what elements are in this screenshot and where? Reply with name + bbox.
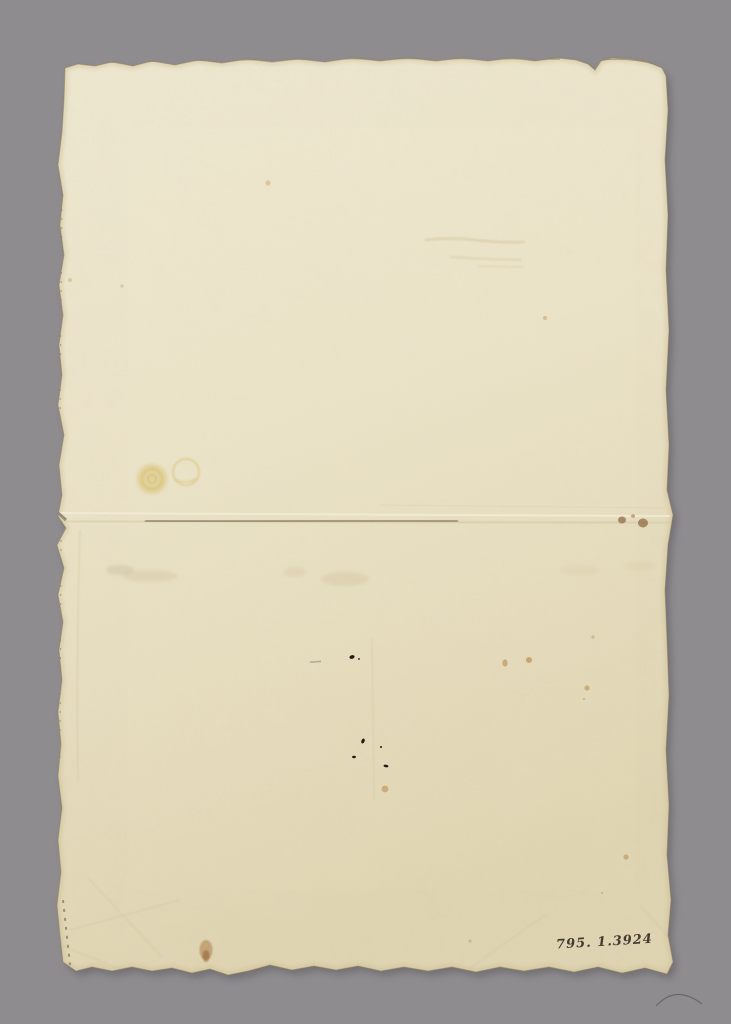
document-photo xyxy=(0,0,731,1024)
photo-backdrop: 795. 1.3924 xyxy=(0,0,731,1024)
fold-edge-stain xyxy=(618,517,626,524)
paper-surface-details xyxy=(50,50,690,990)
seal-impression-left xyxy=(137,464,167,494)
fold-smudge xyxy=(145,520,458,521)
